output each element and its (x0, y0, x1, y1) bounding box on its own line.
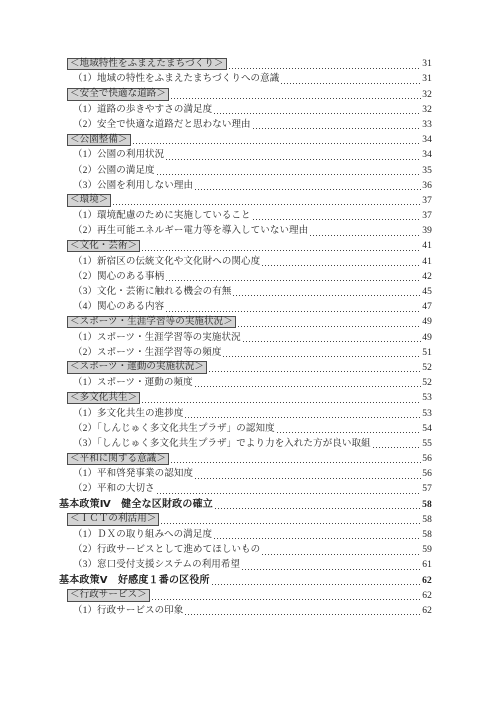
toc-item-row: （1）スポーツ・運動の頻度 52 (59, 374, 432, 389)
dotted-leader (277, 430, 422, 433)
page-number: 49 (422, 316, 432, 328)
toc-entry-label: ＜行政サービス＞ (67, 589, 150, 602)
page-number: 34 (422, 134, 432, 146)
dotted-leader (212, 582, 421, 585)
dotted-leader (238, 324, 421, 327)
page-number: 36 (422, 180, 432, 192)
toc-page: ＜地域特性をふまえたまちづくり＞ 31 （1）地域の特性をふまえたまちづくりへの… (0, 0, 496, 702)
page-number: 62 (422, 575, 432, 587)
toc-chapter-row: 基本政策Ⅳ 健全な区財政の確立 58 (59, 495, 432, 510)
dotted-leader (253, 126, 422, 129)
page-number: 58 (422, 514, 432, 526)
dotted-leader (281, 81, 421, 84)
toc-item-row: （2）安全で快適な道路だと思わない理由 33 (59, 116, 432, 131)
dotted-leader (166, 309, 421, 312)
toc-item-row: （1）公園の利用状況 34 (59, 146, 432, 161)
toc-entry-label: （2）再生可能エネルギー電力等を導入していない理由 (73, 225, 308, 237)
page-number: 58 (422, 529, 432, 541)
toc-chapter-row: 基本政策Ⅴ 好感度１番の区役所 62 (59, 571, 432, 586)
toc-section-row: ＜平和に関する意識＞ 56 (59, 450, 432, 465)
page-number: 34 (422, 149, 432, 161)
dotted-leader (142, 248, 421, 251)
dotted-leader (209, 369, 421, 372)
toc-item-row: （1）新宿区の伝統文化や文化財への関心度 41 (59, 252, 432, 267)
toc-item-row: （4）関心のある内容 47 (59, 298, 432, 313)
toc-entry-label: ＜環境＞ (67, 194, 111, 207)
dotted-leader (242, 567, 421, 570)
toc-entry-label: （1）新宿区の伝統文化や文化財への関心度 (73, 256, 260, 268)
toc-section-row: ＜ＩＣＴの利活用＞ 58 (59, 511, 432, 526)
page-number: 49 (422, 332, 432, 344)
page-number: 55 (422, 438, 432, 450)
dotted-leader (243, 339, 422, 342)
page-number: 61 (422, 559, 432, 571)
page-number: 31 (422, 73, 432, 85)
page-number: 47 (422, 301, 432, 313)
dotted-leader (133, 142, 422, 145)
toc-item-row: （2）公園の満足度 35 (59, 161, 432, 176)
page-number: 32 (422, 104, 432, 116)
toc-item-row: （1）道路の歩きやすさの満足度 32 (59, 101, 432, 116)
dotted-leader (171, 96, 421, 99)
page-number: 57 (422, 483, 432, 495)
toc-item-row: （3）窓口受付支援システムの利用希望 61 (59, 556, 432, 571)
toc-entry-label: ＜スポーツ・生涯学習等の実施状況＞ (67, 316, 236, 329)
toc-item-row: （1）地域の特性をふまえたまちづくりへの意識 31 (59, 70, 432, 85)
dotted-leader (214, 111, 421, 114)
toc-entry-label: （1）ＤＸの取り組みへの満足度 (73, 529, 212, 541)
dotted-leader (195, 385, 422, 388)
dotted-leader (215, 506, 421, 509)
toc-item-row: （2）行政サービスとして進めてほしいもの 59 (59, 541, 432, 556)
dotted-leader (214, 537, 421, 540)
toc-item-row: （1）多文化共生の進捗度 53 (59, 404, 432, 419)
toc-entry-label: （2）「しんじゅく多文化共生プラザ」の認知度 (73, 423, 275, 435)
dotted-leader (253, 218, 422, 221)
toc-entry-label: （3）「しんじゅく多文化共生プラザ」でより力を入れた方が良い取組 (73, 438, 371, 450)
toc-entry-label: 基本政策Ⅳ 健全な区財政の確立 (59, 499, 213, 511)
toc-section-row: ＜公園整備＞ 34 (59, 131, 432, 146)
dotted-leader (262, 263, 421, 266)
page-number: 53 (422, 392, 432, 404)
dotted-leader (195, 476, 421, 479)
toc-entry-label: （1）公園の利用状況 (73, 149, 164, 161)
toc-entry-label: （1）道路の歩きやすさの満足度 (73, 104, 212, 116)
page-number: 59 (422, 544, 432, 556)
toc-section-row: ＜行政サービス＞ 62 (59, 587, 432, 602)
toc-entry-label: （1）地域の特性をふまえたまちづくりへの意識 (73, 73, 279, 85)
toc-item-row: （3）文化・芸術に触れる機会の有無 45 (59, 283, 432, 298)
page-number: 39 (422, 225, 432, 237)
toc-entry-label: （2）平和の大切さ (73, 483, 155, 495)
toc-entry-label: （3）文化・芸術に触れる機会の有無 (73, 286, 231, 298)
toc-item-row: （2）再生可能エネルギー電力等を導入していない理由 39 (59, 222, 432, 237)
toc-entry-label: （4）関心のある内容 (73, 301, 164, 313)
toc-item-row: （1）環境配慮のために実施していること 37 (59, 207, 432, 222)
page-number: 37 (422, 210, 432, 222)
page-number: 35 (422, 165, 432, 177)
dotted-leader (113, 202, 421, 205)
toc-list: ＜地域特性をふまえたまちづくり＞ 31 （1）地域の特性をふまえたまちづくりへの… (59, 55, 432, 617)
toc-section-row: ＜スポーツ・生涯学習等の実施状況＞ 49 (59, 313, 432, 328)
toc-item-row: （2）「しんじゅく多文化共生プラザ」の認知度 54 (59, 420, 432, 435)
toc-entry-label: ＜文化・芸術＞ (67, 240, 140, 253)
toc-item-row: （2）関心のある事柄 42 (59, 268, 432, 283)
page-number: 31 (422, 58, 432, 70)
dotted-leader (166, 278, 421, 281)
toc-entry-label: 基本政策Ⅴ 好感度１番の区役所 (59, 575, 210, 587)
page-number: 41 (422, 256, 432, 268)
toc-entry-label: （2）関心のある事柄 (73, 271, 164, 283)
toc-entry-label: （1）平和啓発事業の認知度 (73, 468, 193, 480)
dotted-leader (233, 294, 421, 297)
page-number: 54 (422, 423, 432, 435)
toc-section-row: ＜環境＞ 37 (59, 192, 432, 207)
page-number: 45 (422, 286, 432, 298)
toc-section-row: ＜地域特性をふまえたまちづくり＞ 31 (59, 55, 432, 70)
toc-entry-label: （3）窓口受付支援システムの利用希望 (73, 559, 240, 571)
dotted-leader (171, 461, 421, 464)
toc-entry-label: （3）公園を利用しない理由 (73, 180, 193, 192)
page-number: 51 (422, 347, 432, 359)
page-number: 53 (422, 408, 432, 420)
toc-entry-label: （2）安全で快適な道路だと思わない理由 (73, 119, 251, 131)
toc-entry-label: ＜地域特性をふまえたまちづくり＞ (67, 58, 227, 71)
dotted-leader (157, 491, 422, 494)
toc-item-row: （1）スポーツ・生涯学習等の実施状況 49 (59, 328, 432, 343)
page-number: 52 (422, 362, 432, 374)
toc-item-row: （1）行政サービスの印象 62 (59, 602, 432, 617)
page-number: 58 (422, 499, 432, 511)
dotted-leader (310, 233, 421, 236)
page-number: 62 (422, 605, 432, 617)
toc-entry-label: （1）環境配慮のために実施していること (73, 210, 251, 222)
toc-item-row: （3）公園を利用しない理由 36 (59, 177, 432, 192)
toc-section-row: ＜多文化共生＞ 53 (59, 389, 432, 404)
page-number: 62 (422, 590, 432, 602)
toc-section-row: ＜スポーツ・運動の実施状況＞ 52 (59, 359, 432, 374)
toc-section-row: ＜文化・芸術＞ 41 (59, 237, 432, 252)
toc-section-row: ＜安全で快適な道路＞ 32 (59, 85, 432, 100)
toc-item-row: （2）平和の大切さ 57 (59, 480, 432, 495)
toc-item-row: （3）「しんじゅく多文化共生プラザ」でより力を入れた方が良い取組 55 (59, 435, 432, 450)
dotted-leader (185, 415, 421, 418)
page-number: 56 (422, 468, 432, 480)
page-number: 56 (422, 453, 432, 465)
page-number: 41 (422, 240, 432, 252)
toc-entry-label: ＜スポーツ・運動の実施状況＞ (67, 361, 207, 374)
page-number: 52 (422, 377, 432, 389)
page-number: 32 (422, 89, 432, 101)
dotted-leader (157, 172, 422, 175)
dotted-leader (161, 521, 421, 524)
page-number: 33 (422, 119, 432, 131)
toc-entry-label: （2）スポーツ・生涯学習等の頻度 (73, 347, 221, 359)
dotted-leader (185, 612, 421, 615)
dotted-leader (152, 597, 421, 600)
toc-entry-label: ＜公園整備＞ (67, 134, 131, 147)
toc-entry-label: （1）スポーツ・生涯学習等の実施状況 (73, 332, 241, 344)
dotted-leader (166, 157, 421, 160)
toc-entry-label: （1）スポーツ・運動の頻度 (73, 377, 193, 389)
page-number: 37 (422, 195, 432, 207)
dotted-leader (195, 187, 421, 190)
dotted-leader (373, 445, 422, 448)
toc-entry-label: （2）公園の満足度 (73, 165, 155, 177)
toc-entry-label: （2）行政サービスとして進めてほしいもの (73, 544, 260, 556)
dotted-leader (223, 354, 421, 357)
toc-entry-label: ＜安全で快適な道路＞ (67, 88, 169, 101)
toc-item-row: （1）平和啓発事業の認知度 56 (59, 465, 432, 480)
page-number: 42 (422, 271, 432, 283)
dotted-leader (262, 552, 421, 555)
toc-entry-label: （1）行政サービスの印象 (73, 605, 183, 617)
toc-entry-label: ＜平和に関する意識＞ (67, 453, 169, 466)
dotted-leader (229, 66, 422, 69)
toc-entry-label: ＜ＩＣＴの利活用＞ (67, 513, 159, 526)
toc-entry-label: （1）多文化共生の進捗度 (73, 408, 183, 420)
toc-item-row: （2）スポーツ・生涯学習等の頻度 51 (59, 344, 432, 359)
dotted-leader (142, 400, 421, 403)
toc-entry-label: ＜多文化共生＞ (67, 392, 140, 405)
toc-item-row: （1）ＤＸの取り組みへの満足度 58 (59, 526, 432, 541)
